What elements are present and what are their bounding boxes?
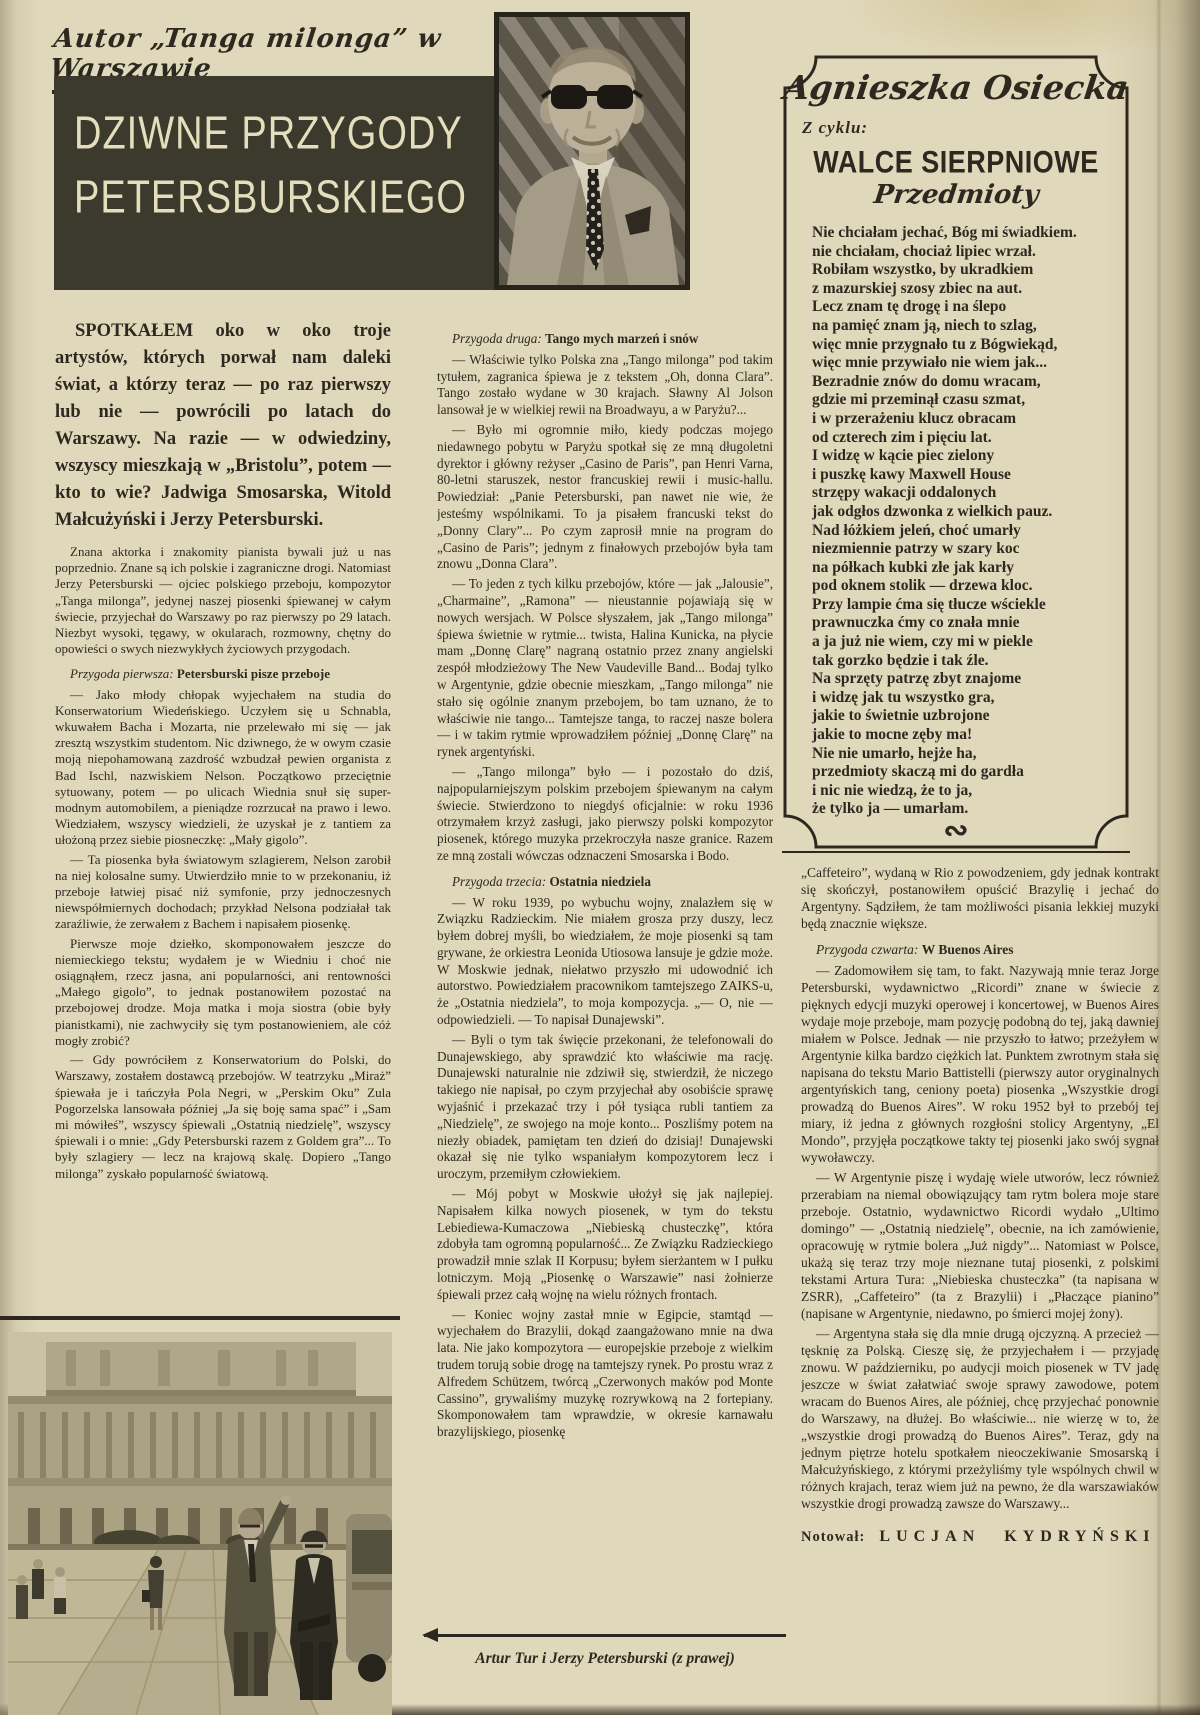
poem-line: prawnuczka ćmy co znała mnie (812, 614, 1110, 633)
paragraph: „Caffeteiro”, wydaną w Rio z powodzeniem… (801, 864, 1159, 932)
column-left: SPOTKAŁEM oko w oko troje artystów, któr… (55, 318, 391, 1314)
paragraph: — Właściwie tylko Polska zna „Tango milo… (437, 352, 773, 419)
poem-author: Agnieszka Osiecka (780, 68, 1132, 107)
column-right: „Caffeteiro”, wydaną w Rio z powodzeniem… (801, 864, 1159, 1704)
paragraph: — Ta piosenka była światowym szlagierem,… (55, 852, 391, 933)
poem-line: Nad łóżkiem jeleń, choć umarły (812, 522, 1110, 541)
poem-line: gdzie mi przeminął czasu szmat, (812, 391, 1110, 410)
sunglasses-right-lens (597, 85, 633, 109)
article-title-line1: DZIWNE PRZYGODY (74, 108, 463, 160)
paragraph: — Byli o tym tak święcie przekonani, że … (437, 1032, 773, 1183)
article-title-line2: PETERSBURSKIEGO (74, 172, 467, 224)
poem-line: więc mnie przywiało nie wiem jak... (812, 354, 1110, 373)
scan-edge-shadow (392, 1705, 1200, 1715)
poem-line: Bezradnie znów do domu wracam, (812, 373, 1110, 392)
poem-line: jak odgłos dzwonka z wielkich pauz. (812, 503, 1110, 522)
section-heading: Przygoda pierwsza: Petersburski pisze pr… (55, 666, 391, 682)
column-middle: Przygoda druga: Tango mych marzeń i snów… (437, 322, 773, 1628)
poem-line: strzępy wakacji oddalonych (812, 484, 1110, 503)
paragraph: — Było mi ogromnie miło, kiedy podczas m… (437, 422, 773, 573)
poem-body: Nie chciałam jechać, Bóg mi świadkiem.ni… (812, 224, 1110, 819)
paragraph: — Argentyna stała się dla mnie drugą ojc… (801, 1325, 1159, 1512)
poem-line: Robiłam wszystko, by ukradkiem (812, 261, 1110, 280)
poem-line: pod oknem stolik — drzewa kloc. (812, 577, 1110, 596)
kicker-text: Autor „Tanga milonga” w Warszawie (48, 24, 453, 84)
poem-line: na pamięć znam ją, niech to szlag, (812, 317, 1110, 336)
horizontal-rule (0, 1316, 400, 1320)
poem-line: nie chciałam, chociaż lipiec wrzał. (812, 243, 1110, 262)
section-heading: Przygoda czwarta: W Buenos Aires (801, 941, 1159, 958)
paragraph: — To jeden z tych kilku przebojów, które… (437, 576, 773, 761)
poem-line: jakie to mocne zęby ma! (812, 726, 1110, 745)
ornament-squiggle-icon: ∾ (780, 816, 1132, 846)
poem-line: od czterech zim i pięciu lat. (812, 429, 1110, 448)
poem-line: tak gorzko będzie i tak źle. (812, 652, 1110, 671)
paragraph: — „Tango milonga” było — i pozostało do … (437, 764, 773, 865)
paragraph: — Zadomowiłem się tam, to fakt. Nazywają… (801, 962, 1159, 1166)
paragraph: — Gdy powróciłem z Konserwatorium do Pol… (55, 1052, 391, 1182)
paragraph: — W roku 1939, po wybuchu wojny, znalazł… (437, 895, 773, 1029)
paragraph: — Mój pobyt w Moskwie ułożył się jak naj… (437, 1186, 773, 1304)
poem-line: Przy lampie ćma się tłucze wściekle (812, 596, 1110, 615)
photo-caption: Artur Tur i Jerzy Petersburski (z prawej… (437, 1650, 773, 1668)
byline-name: LUCJAN KYDRYŃSKI (879, 1528, 1155, 1545)
poem-line: i w przerażeniu klucz obracam (812, 410, 1110, 429)
portrait-photo (494, 12, 690, 290)
section-heading: Przygoda druga: Tango mych marzeń i snów (437, 331, 773, 348)
article-title-block: DZIWNE PRZYGODY PETERSBURSKIEGO (54, 76, 496, 290)
section-heading: Przygoda trzecia: Ostatnia niedziela (437, 874, 773, 891)
poem-line: więc mnie przygnało tu z Bógwiekąd, (812, 336, 1110, 355)
poem-cycle-label: Z cyklu: (802, 118, 868, 138)
poem-line: niezmiennie patrzy w szary koc (812, 540, 1110, 559)
lead-paragraph: SPOTKAŁEM oko w oko troje artystów, któr… (55, 318, 391, 534)
poem-series-title: WALCE SIERPNIOWE (780, 144, 1132, 181)
paragraph: — Koniec wojny zastał mnie w Egipcie, st… (437, 1307, 773, 1441)
sunglasses-left-lens (551, 85, 587, 109)
poem-line: I widzę w kącie piec zielony (812, 447, 1110, 466)
poem-line: a ja już nie wiem, czy mi w piekle (812, 633, 1110, 652)
paragraph: — W Argentynie piszę i wydaję wiele utwo… (801, 1169, 1159, 1322)
plaza-illustration (8, 1332, 392, 1715)
poem-line: jakie to świetnie uzbrojone (812, 707, 1110, 726)
poem-title: Przedmioty (780, 180, 1132, 210)
poem-line: przedmioty skaczą mi do gardła (812, 763, 1110, 782)
byline: Notował:LUCJAN KYDRYŃSKI (801, 1528, 1159, 1546)
plaza-photo (8, 1332, 392, 1715)
poem-line: i widzę jak tu wszystko gra, (812, 689, 1110, 708)
poem-line: Na sprzęty patrzę zbyt znajome (812, 670, 1110, 689)
newspaper-page: Autor „Tanga milonga” w Warszawie DZIWNE… (0, 0, 1200, 1715)
paragraph: — Jako młody chłopak wyjechałem na studi… (55, 687, 391, 849)
caption-left-arrow-icon (424, 1634, 786, 1637)
paragraph: Znana aktorka i znakomity pianista bywal… (55, 544, 391, 657)
poem-box: Agnieszka Osiecka Z cyklu: WALCE SIERPNI… (780, 52, 1132, 854)
paragraph: Pierwsze moje dziełko, skomponowałem jes… (55, 936, 391, 1049)
poem-line: z mazurskiej szosy zbiec na aut. (812, 280, 1110, 299)
poem-line: Lecz znam tę drogę i na ślepo (812, 298, 1110, 317)
portrait-illustration (499, 17, 685, 285)
poem-line: Nie chciałam jechać, Bóg mi świadkiem. (812, 224, 1110, 243)
byline-label: Notował: (801, 1529, 865, 1545)
poem-line: Nie nie umarło, hejże ha, (812, 745, 1110, 764)
poem-line: i puszkę kawy Maxwell House (812, 466, 1110, 485)
poem-line: na półkach kubki złe jak karły (812, 559, 1110, 578)
poem-line: i nic nie wiedzą, że to ja, (812, 782, 1110, 801)
